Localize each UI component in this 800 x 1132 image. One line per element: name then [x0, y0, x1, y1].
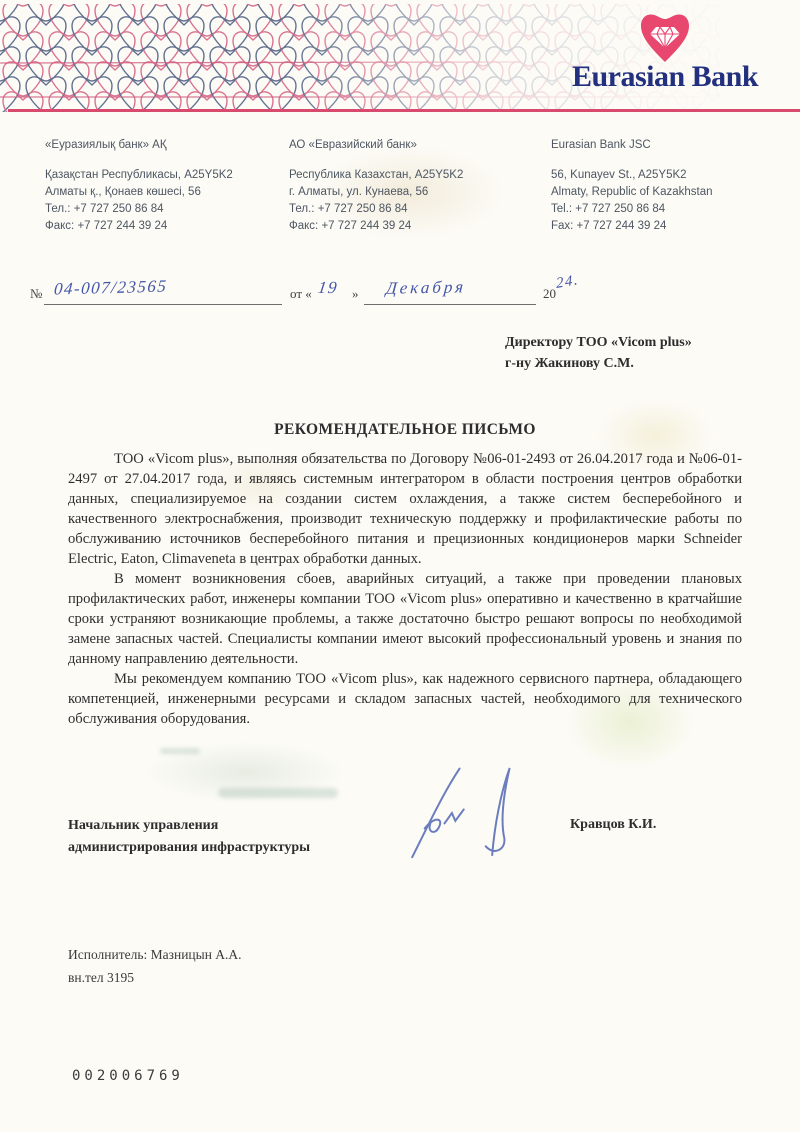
- bank-name-kk: «Еуразиялық банк» АҚ: [45, 137, 280, 154]
- signer-name: Кравцов К.И.: [570, 817, 656, 833]
- signer-position-line1: Начальник управления: [68, 815, 310, 837]
- handwritten-signature: [402, 764, 542, 864]
- contact-column-english: Eurasian Bank JSC 56, Kunayev St., A25Y5…: [551, 137, 786, 235]
- quote-close: »: [352, 286, 359, 302]
- executor-phone: вн.тел 3195: [68, 966, 242, 989]
- letter-body: ТОО «Vicom plus», выполняя обязательства…: [68, 449, 742, 729]
- addressee-block: Директору ТОО «Vicom plus» г-ну Жакинову…: [505, 332, 765, 374]
- signer-position-line2: администрирования инфраструктуры: [68, 837, 310, 859]
- phone-line: Tel.: +7 727 250 86 84: [551, 201, 786, 218]
- handwritten-year: 24.: [556, 272, 580, 293]
- handwritten-month: Декабря: [385, 277, 467, 298]
- fax-line: Fax: +7 727 244 39 24: [551, 218, 786, 235]
- bank-name-ru: АО «Евразийский банк»: [289, 137, 534, 154]
- address-line: Республика Казахстан, A25Y5K2: [289, 167, 534, 184]
- address-line: Алматы қ., Қонаев көшесі, 56: [45, 184, 280, 201]
- phone-line: Тел.: +7 727 250 86 84: [289, 201, 534, 218]
- executor-block: Исполнитель: Мазницын А.А. вн.тел 3195: [68, 943, 242, 989]
- bank-name-en: Eurasian Bank JSC: [551, 137, 786, 154]
- year-prefix: 20: [543, 286, 556, 302]
- phone-line: Тел.: +7 727 250 86 84: [45, 201, 280, 218]
- fax-line: Факс: +7 727 244 39 24: [45, 218, 280, 235]
- fax-line: Факс: +7 727 244 39 24: [289, 218, 534, 235]
- ghost-ink-mark: [218, 788, 338, 798]
- document-title: РЕКОМЕНДАТЕЛЬНОЕ ПИСЬМО: [68, 421, 742, 439]
- signer-position: Начальник управления администрирования и…: [68, 815, 310, 859]
- bank-logo-text: Eurasian Bank: [550, 60, 780, 94]
- addressee-line1: Директору ТОО «Vicom plus»: [505, 332, 765, 353]
- contact-column-russian: АО «Евразийский банк» Республика Казахст…: [289, 137, 534, 235]
- contact-column-kazakh: «Еуразиялық банк» АҚ Қазақстан Республик…: [45, 137, 280, 235]
- addressee-line2: г-ну Жакинову С.М.: [505, 353, 765, 374]
- address-line: 56, Kunayev St., A25Y5K2: [551, 167, 786, 184]
- handwritten-day: 19: [317, 278, 340, 298]
- ghost-ink-mark: [160, 748, 200, 754]
- executor-name: Исполнитель: Мазницын А.А.: [68, 943, 242, 966]
- diamond-shield-icon: [636, 10, 694, 64]
- address-line: г. Алматы, ул. Кунаева, 56: [289, 184, 534, 201]
- number-label: №: [30, 286, 42, 302]
- body-paragraph: В момент возникновения сбоев, аварийных …: [68, 569, 742, 669]
- address-line: Almaty, Republic of Kazakhstan: [551, 184, 786, 201]
- document-registration-number: 002006769: [72, 1068, 184, 1084]
- body-paragraph: Мы рекомендуем компанию ТОО «Vicom plus»…: [68, 669, 742, 729]
- scanned-letter-page: Eurasian Bank «Еуразиялық банк» АҚ Қазақ…: [0, 0, 800, 1132]
- body-paragraph: ТОО «Vicom plus», выполняя обязательства…: [68, 449, 742, 569]
- reference-line: № 04-007/23565 от « 19 » Декабря 20 24.: [0, 276, 800, 310]
- handwritten-doc-number: 04-007/23565: [53, 276, 168, 299]
- header-rule: [8, 109, 800, 112]
- address-line: Қазақстан Республикасы, A25Y5K2: [45, 167, 280, 184]
- date-from-label: от «: [290, 286, 312, 302]
